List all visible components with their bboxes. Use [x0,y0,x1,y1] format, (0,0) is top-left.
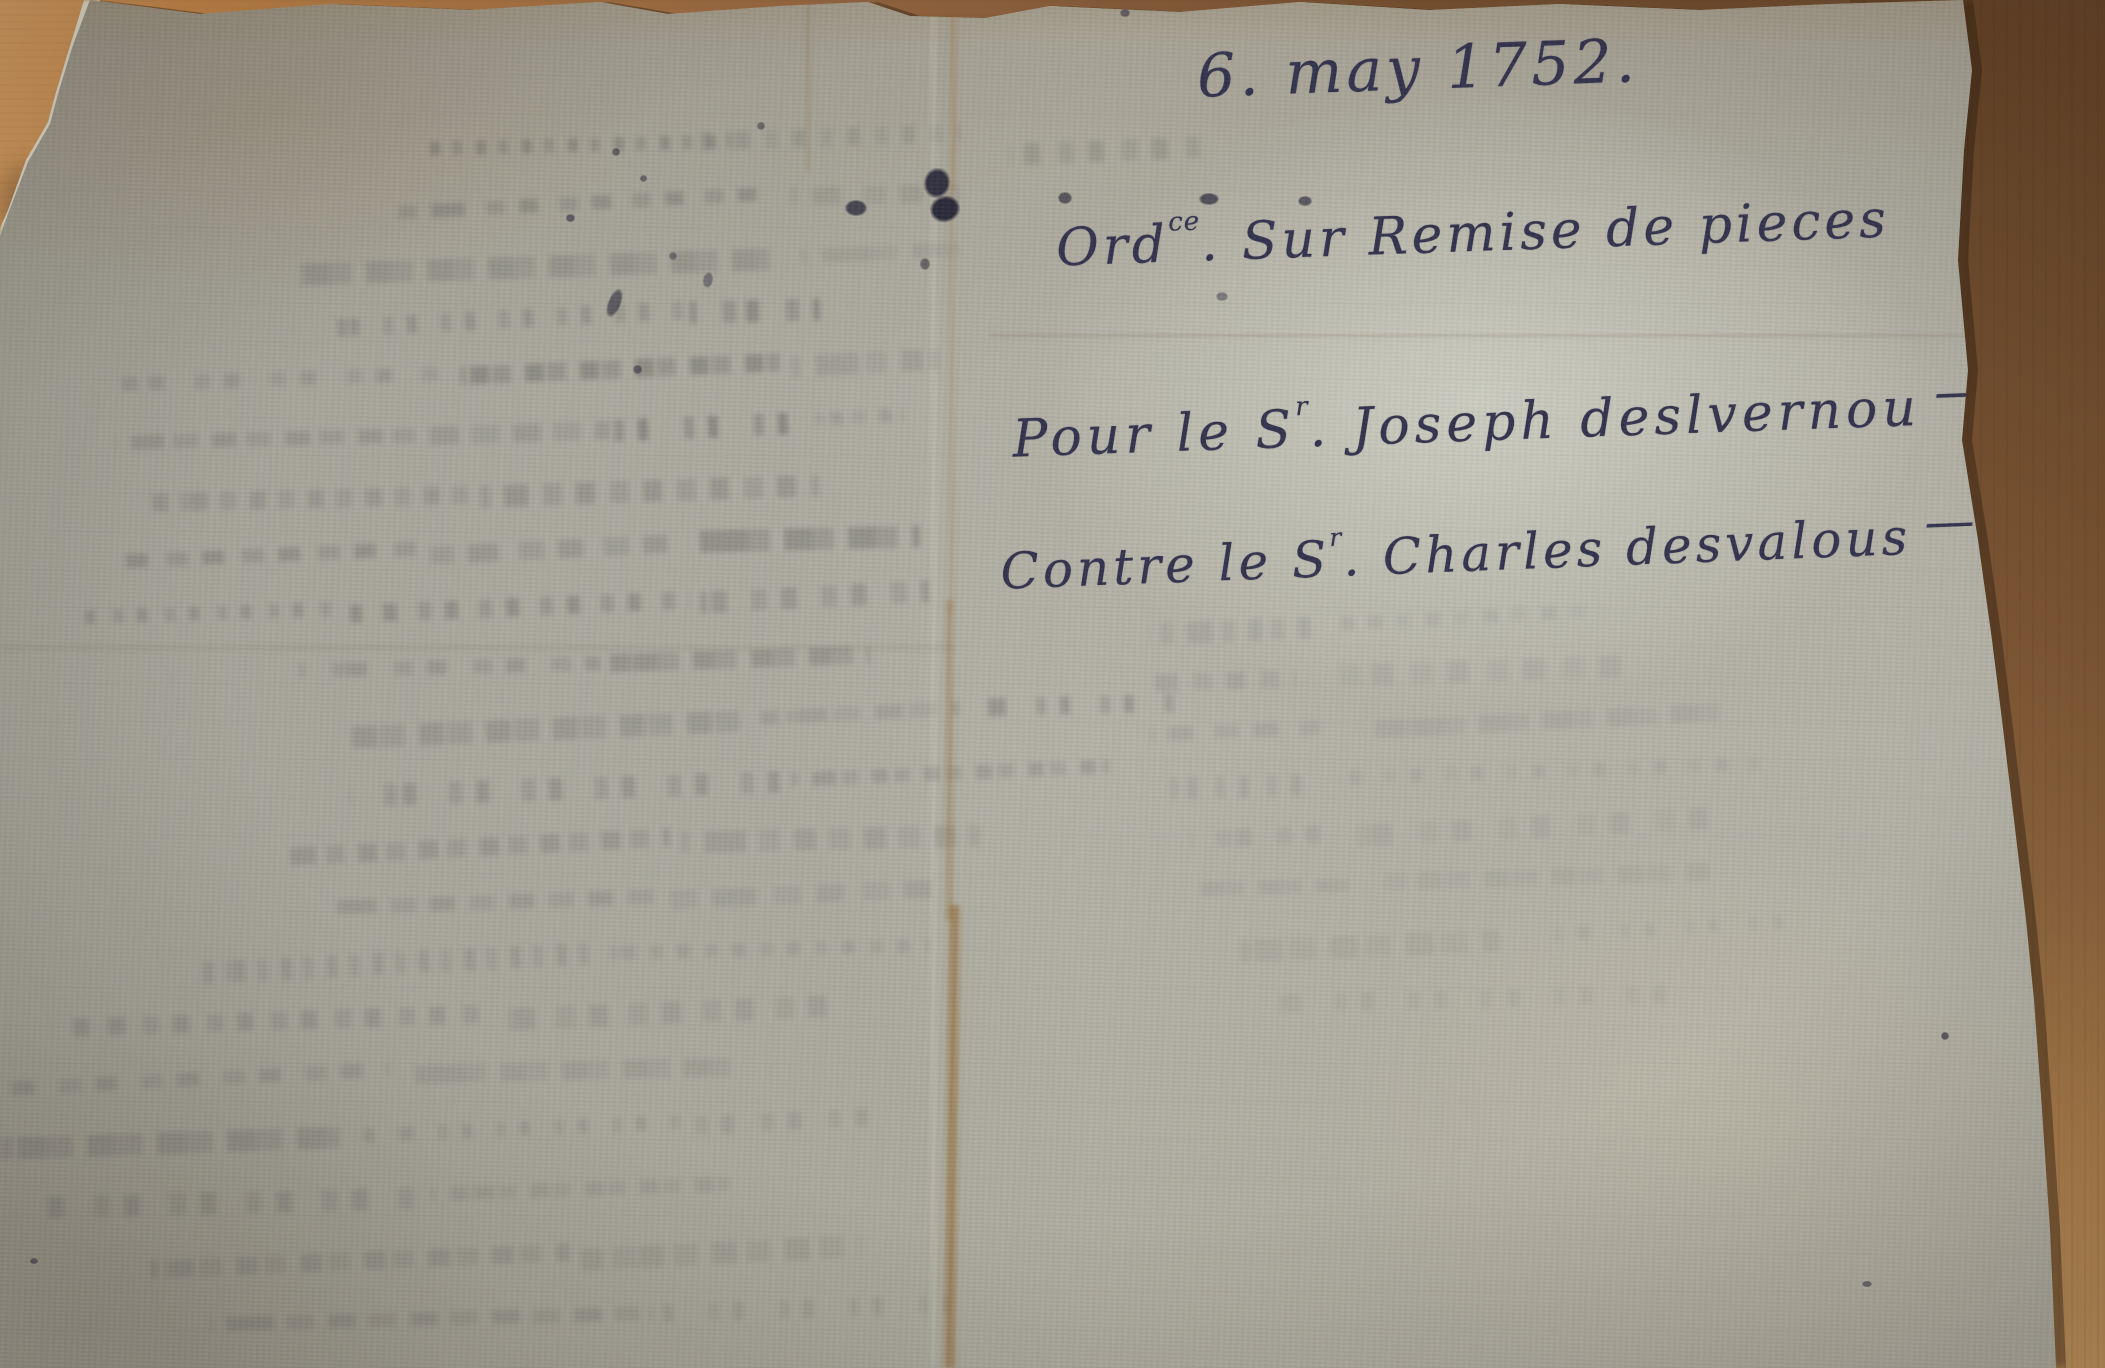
bleed-through-line [490,995,831,1031]
ink-blot [845,200,867,216]
bleed-through-line [700,124,960,151]
defendant-prefix: Contre le S [1000,530,1332,601]
bleed-through-line [680,824,980,853]
bleed-through-line [290,828,670,865]
bleed-through-line [1150,617,1311,646]
handwritten-defendant-line: Contre le Sr. Charles desvalous— [999,491,1980,601]
bleed-through-line [1155,670,1295,691]
bleed-through-line [480,474,821,507]
bleed-through-line [140,486,470,512]
bleed-through-line [1330,655,1631,687]
ink-blot [1941,1032,1949,1040]
bleed-through-line [790,184,960,206]
ink-blot [922,166,953,200]
bleed-through-line [800,243,960,264]
ink-blot [566,214,575,222]
ink-blot [30,1258,38,1264]
bleed-through-line [1340,757,1760,785]
subject-superscript: ce [1168,206,1201,237]
bleed-through-line [600,412,811,443]
bleed-through-line [300,248,770,286]
bleed-through-line [430,533,691,564]
bleed-through-line [330,890,660,915]
ink-blot [1862,1281,1872,1287]
bleed-through-line [1350,806,1731,847]
ink-blot [1298,196,1312,206]
ink-blot [603,287,626,320]
bleed-through-line [1530,915,1790,942]
bleed-through-line [115,367,445,392]
bleed-through-line [1240,930,1501,963]
bleed-through-line [690,298,820,323]
bleed-through-line [350,771,780,807]
defendant-rest: . Charles desvalous [1342,508,1912,588]
handwritten-plaintiff-line: Pour le Sr. Joseph deslvernou— [1011,361,1993,470]
bleed-through-line [700,525,920,552]
ink-blot [612,148,620,156]
handwritten-date-line: 6. may 1752. [1196,26,1640,111]
bleed-through-line [580,1235,861,1271]
horizontal-fold-crease [990,334,1970,337]
bleed-through-line [200,942,601,984]
ink-blot [1199,193,1219,205]
bleed-through-line [430,421,610,445]
bleed-through-line [1155,774,1305,800]
center-fold-crease [944,600,955,920]
ink-blot [1120,9,1130,17]
bleed-through-line [210,1307,640,1332]
defendant-superscript: r [1329,523,1343,552]
handwritten-subject-line: Ordce. Sur Remise de pieces [1055,189,1891,278]
bleed-through-line [40,1187,420,1218]
subject-rest: . Sur Remise de pieces [1200,189,1891,273]
pen-flourish: — [1923,491,1979,551]
center-fold-crease [948,185,955,615]
ink-blot [920,258,930,270]
bleed-through-line [980,694,1180,717]
bleed-through-line [650,1295,950,1323]
bleed-through-line [1380,863,1710,892]
center-fold-crease-stain [942,905,963,1368]
ink-blot [927,193,963,226]
bleed-through-line [1190,825,1321,848]
fold-ridge-highlight [930,0,937,1368]
bleed-through-line [1200,878,1350,896]
ink-blot [1216,292,1228,301]
bleed-through-line [120,542,420,569]
bleed-through-line [430,1177,730,1201]
bleed-through-line [1010,136,1201,166]
bleed-through-line [790,348,941,378]
photo-scene: 6. may 1752. Ordce. Sur Remise de pieces… [0,0,2105,1368]
bleed-through-line [1150,720,1320,741]
bleed-through-line [60,1005,480,1037]
subject-prefix: Ord [1055,215,1170,279]
bleed-through-line [395,186,775,219]
bleed-through-line [460,353,780,384]
date-text: 6. may 1752. [1196,26,1640,111]
bleed-through-line [330,301,690,337]
bleed-through-line [1340,603,1600,630]
bleed-through-line [350,591,690,623]
fold-crease-faint [806,0,810,170]
bleed-through-line [300,656,600,677]
bleed-through-line [350,1115,680,1143]
bleed-through-line [610,646,870,673]
bleed-through-line [815,408,906,427]
bleed-through-line [790,759,1110,786]
center-fold-crease [949,0,957,190]
bleed-through-line [150,1243,570,1279]
plaintiff-rest: . Joseph deslvernou [1308,378,1921,459]
horizontal-fold-crease [0,646,955,650]
plaintiff-prefix: Pour le S [1012,400,1298,470]
bleed-through-line [10,1062,390,1095]
plaintiff-superscript: r [1295,392,1309,422]
bleed-through-line [1360,703,1720,739]
ink-blot [633,365,642,374]
bleed-through-line [760,701,960,725]
bleed-through-line [0,1126,340,1159]
bleed-through-line [610,938,930,960]
bleed-through-line [115,428,415,449]
bleed-through-line [670,879,951,909]
bleed-through-line [400,1058,730,1084]
bleed-through-line [700,580,931,614]
bleed-through-line [1260,985,1680,1013]
ink-blot [1058,192,1072,204]
bleed-through-line [430,134,730,155]
ink-blot [640,175,647,182]
manuscript-paper: 6. may 1752. Ordce. Sur Remise de pieces… [0,0,2105,1368]
bleed-through-line [350,710,751,749]
ink-blot [757,122,765,130]
ink-blot [702,271,715,288]
ink-blot [669,252,677,260]
bleed-through-line [80,602,340,625]
bleed-through-line [690,1107,891,1135]
